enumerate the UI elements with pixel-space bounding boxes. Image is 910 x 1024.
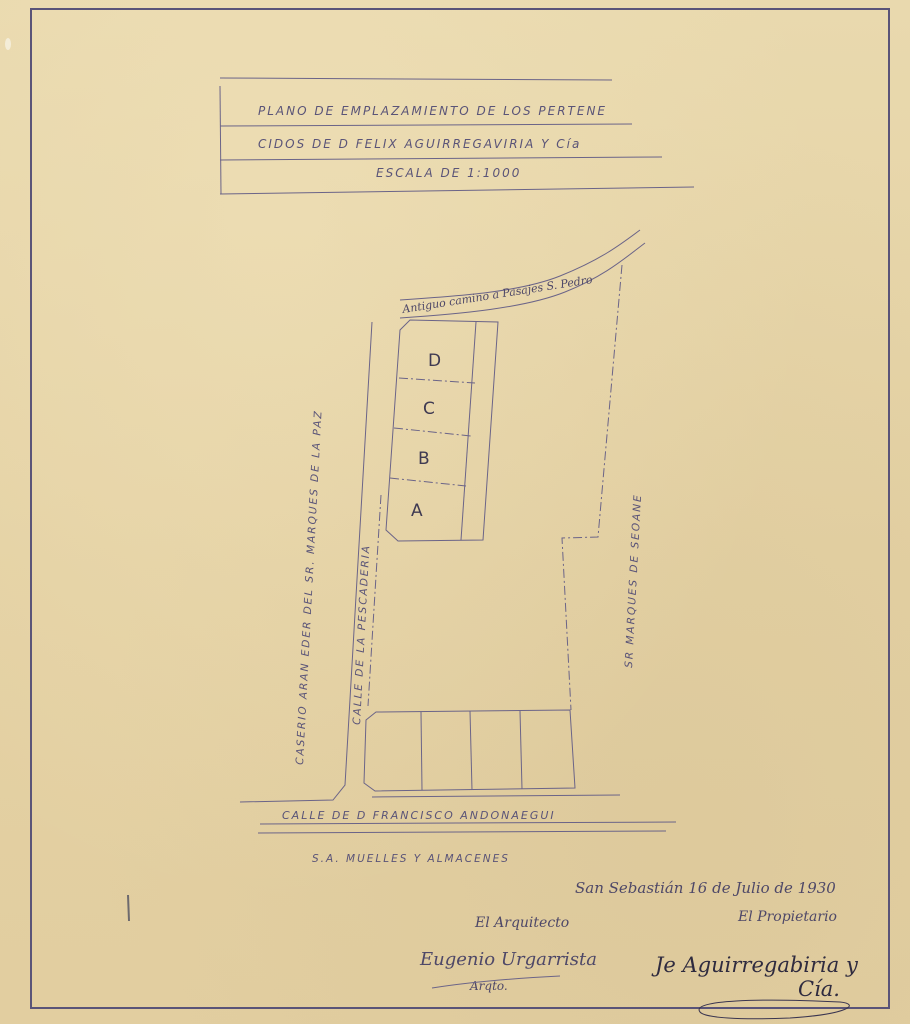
title-block: PLANO DE EMPLAZAMIENTO DE LOS PERTENE CI…	[220, 78, 694, 194]
south-below-label: S.A. MUELLES Y ALMACENES	[312, 853, 510, 865]
lots-block: D C B A	[386, 320, 498, 541]
place-date: San Sebastián 16 de Julio de 1930	[575, 879, 836, 897]
lot-a-label: A	[411, 501, 423, 521]
lot-d-label: D	[428, 351, 441, 371]
north-road: Antiguo camino a Pasajes S. Pedro	[400, 230, 645, 318]
owner-label: El Propietario	[737, 909, 837, 925]
north-road-label: Antiguo camino a Pasajes S. Pedro	[400, 273, 593, 316]
footer-signatures: San Sebastián 16 de Julio de 1930 El Arq…	[419, 879, 859, 1019]
owner-flourish	[699, 1000, 849, 1019]
site-plan-drawing: PLANO DE EMPLAZAMIENTO DE LOS PERTENE CI…	[0, 0, 910, 1024]
title-scale: ESCALA DE 1:1000	[376, 166, 521, 180]
south-street: CALLE DE D FRANCISCO ANDONAEGUI S.A. MUE…	[258, 809, 676, 865]
south-block	[364, 710, 620, 797]
plan-sheet: PLANO DE EMPLAZAMIENTO DE LOS PERTENE CI…	[0, 0, 910, 1024]
lot-b-label: B	[418, 449, 430, 469]
west-streets: CASERIO ARAN EDER DEL SR. MARQUES DE LA …	[240, 322, 381, 802]
architect-signature: Eugenio Urgarrista	[419, 949, 597, 970]
east-street-label: SR MARQUES DE SEOANE	[623, 493, 644, 668]
owner-signature-cia: Cía.	[798, 977, 840, 1001]
east-boundary: SR MARQUES DE SEOANE	[562, 265, 644, 710]
title-line-1: PLANO DE EMPLAZAMIENTO DE LOS PERTENE	[258, 104, 607, 118]
west-outer-street-label: CASERIO ARAN EDER DEL SR. MARQUES DE LA …	[294, 409, 325, 765]
title-line-2: CIDOS DE D FELIX AGUIRREGAVIRIA Y Cía	[258, 137, 581, 151]
paper-marks	[5, 38, 129, 921]
architect-label: El Arquitecto	[474, 915, 569, 931]
lot-c-label: C	[423, 399, 435, 419]
owner-signature: Je Aguirregabiria y	[651, 953, 859, 977]
south-street-label: CALLE DE D FRANCISCO ANDONAEGUI	[282, 809, 556, 822]
